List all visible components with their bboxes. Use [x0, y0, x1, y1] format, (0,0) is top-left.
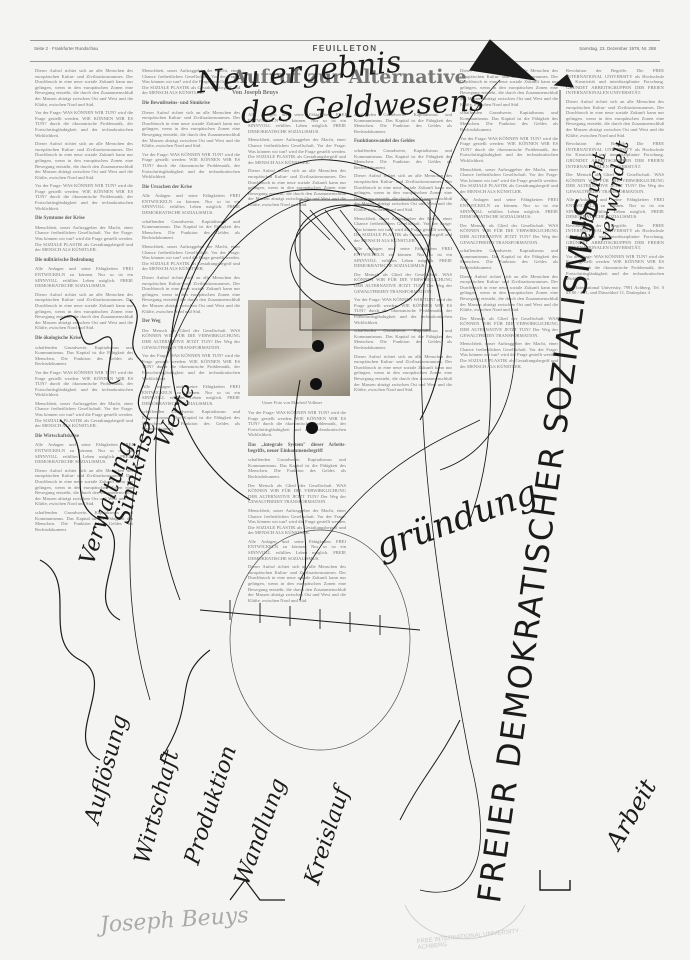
- column-text: Menschheit, unser Auftraggeber der Macht…: [248, 508, 346, 536]
- column-text: Vor der Frage: WAS KÖNNEN WIR TUN? wird …: [248, 410, 346, 438]
- column-3-top: Alle Anlagen und seine Fähigkeiten FREI …: [248, 112, 346, 298]
- column-text: Menschheit, unser Auftraggeber der Macht…: [142, 244, 240, 272]
- column-text: Dieser Aufruf richtet sich an alle Mensc…: [35, 292, 133, 331]
- column-text: Alle Anlagen und seine Fähigkeiten FREI …: [142, 193, 240, 215]
- column-text: Dieser Aufruf richtet sich an alle Mensc…: [248, 168, 346, 207]
- column-text: Alle Anlagen und seine Fähigkeiten FREI …: [460, 197, 558, 219]
- column-text: Dieser Aufruf richtet sich an alle Mensc…: [248, 564, 346, 603]
- column-text: Revolution der Begriffe. Die FREE INTERN…: [566, 68, 664, 96]
- column-text: Vor der Frage: WAS KÖNNEN WIR TUN? wird …: [142, 152, 240, 180]
- column-text: Menschheit, unser Auftraggeber der Macht…: [460, 167, 558, 195]
- column-text: Der Mensch als Glied der Gesellschaft. W…: [460, 223, 558, 245]
- column-text: schaffenden Grundwerte, Kapitalismus und…: [354, 148, 452, 170]
- column-text: Menschheit, unser Auftraggeber der Macht…: [354, 216, 452, 244]
- subheading: Der Weg: [142, 319, 240, 325]
- column-text: schaffenden Grundwerte, Kapitalismus und…: [460, 248, 558, 270]
- column-text: Dieser Aufruf richtet sich an alle Mensc…: [35, 141, 133, 180]
- column-text: Der Mensch als Glied der Gesellschaft. W…: [460, 316, 558, 338]
- column-text: Alle Anlagen und seine Fähigkeiten FREI …: [354, 246, 452, 268]
- column-text: Dieser Aufruf richtet sich an alle Mensc…: [142, 110, 240, 149]
- column-text: Der Mensch als Glied der Gesellschaft. W…: [142, 328, 240, 350]
- column-text: Dieser Aufruf richtet sich an alle Mensc…: [354, 354, 452, 393]
- column-text: Der Mensch als Glied der Gesellschaft. W…: [354, 272, 452, 294]
- column-text: Vor der Frage: WAS KÖNNEN WIR TUN? wird …: [142, 353, 240, 381]
- photo-figure: [266, 308, 312, 348]
- embossed-stamp: FREE INTERNATIONAL UNIVERSITY · ACHBERG: [395, 895, 535, 955]
- column-text: Alle Anlagen und seine Fähigkeiten FREI …: [35, 266, 133, 288]
- column-text: schaffenden Grundwerte, Kapitalismus und…: [354, 328, 452, 350]
- column-text: Vor der Frage: WAS KÖNNEN WIR TUN? wird …: [354, 297, 452, 325]
- subheading: Die Ursachen der Krise: [142, 185, 240, 191]
- column-text: Menschheit, unser Auftraggeber der Macht…: [248, 137, 346, 165]
- subheading: Die Bewußtseins- und Sinnkrise: [142, 101, 240, 107]
- subheading: Die militärische Bedrohung: [35, 258, 133, 264]
- column-text: Menschheit, unser Auftraggeber der Macht…: [35, 225, 133, 253]
- photo-caption: Unser Foto von Manfred Vollmer: [262, 400, 322, 405]
- column-text: Alle Anlagen und seine Fähigkeiten FREI …: [248, 539, 346, 561]
- column-text: schaffenden Grundwerte, Kapitalismus und…: [142, 219, 240, 241]
- subheading: Die Symtome der Krise: [35, 216, 133, 222]
- column-4: schaffenden Grundwerte, Kapitalismus und…: [354, 112, 452, 872]
- subheading: Das „integrale System" dieser Arbeits-be…: [248, 443, 346, 454]
- column-text: Vor der Frage: WAS KÖNNEN WIR TUN? wird …: [35, 370, 133, 398]
- column-text: Vor der Frage: WAS KÖNNEN WIR TUN? wird …: [460, 136, 558, 164]
- column-text: Vor der Frage: WAS KÖNNEN WIR TUN? wird …: [35, 110, 133, 138]
- column-text: Menschheit, unser Auftraggeber der Macht…: [460, 341, 558, 369]
- column-text: Dieser Aufruf richtet sich an alle Mensc…: [142, 275, 240, 314]
- column-text: Dieser Aufruf richtet sich an alle Mensc…: [354, 173, 452, 212]
- column-text: schaffenden Grundwerte, Kapitalismus und…: [35, 345, 133, 367]
- column-text: Dieser Aufruf richtet sich an alle Mensc…: [566, 99, 664, 138]
- column-text: Dieser Aufruf richtet sich an alle Mensc…: [35, 68, 133, 107]
- subheading: Die Wirtschaftskrise: [35, 434, 133, 440]
- masthead-date: Samstag, 23. Dezember 1978, Nr. 288: [579, 46, 656, 51]
- subheading: Funktionswandel des Geldes: [354, 139, 452, 145]
- subheading: Die ökologische Krise: [35, 336, 133, 342]
- artist-signature: Joseph Beuys: [99, 903, 249, 938]
- artwork-sheet: Seite 2 · Frankfurter Rundschau FEUILLET…: [0, 0, 690, 960]
- column-text: Menschheit, unser Auftraggeber der Macht…: [35, 401, 133, 429]
- newspaper-photo: [248, 300, 350, 396]
- column-text: Der Mensch als Glied der Gesellschaft. W…: [248, 483, 346, 505]
- column-text: schaffenden Grundwerte, Kapitalismus und…: [248, 457, 346, 479]
- column-text: Dieser Aufruf richtet sich an alle Mensc…: [460, 274, 558, 313]
- column-text: Vor der Frage: WAS KÖNNEN WIR TUN? wird …: [35, 183, 133, 211]
